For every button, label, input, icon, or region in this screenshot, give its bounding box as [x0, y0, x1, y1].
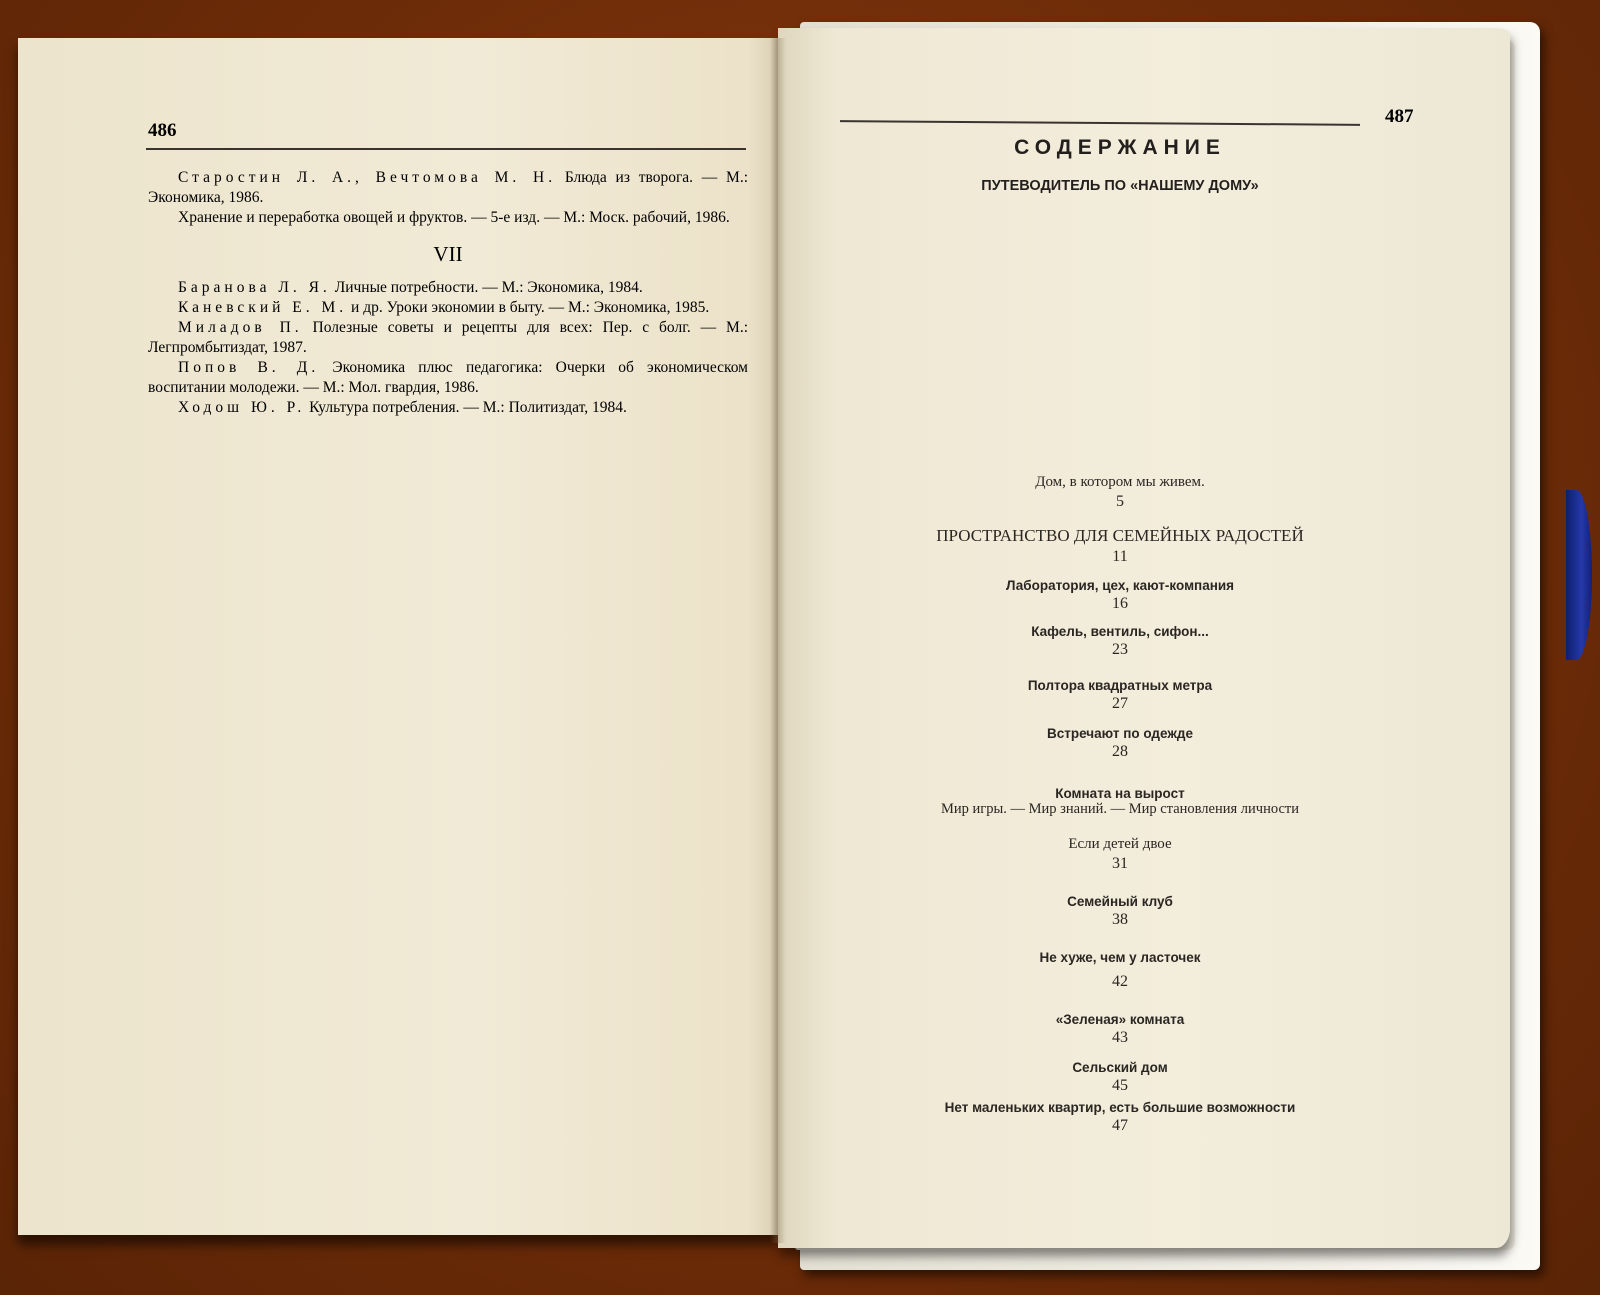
- toc-subtitle: ПУТЕВОДИТЕЛЬ ПО «НАШЕМУ ДОМУ»: [840, 178, 1400, 194]
- toc-entry: ПРОСТРАНСТВО ДЛЯ СЕМЕЙНЫХ РАДОСТЕЙ 11: [820, 526, 1420, 566]
- toc-page-number: 43: [820, 1029, 1420, 1047]
- toc-page-number: 31: [820, 855, 1420, 873]
- toc-page-number: 28: [820, 743, 1420, 761]
- toc-title: СОДЕРЖАНИЕ: [840, 136, 1400, 160]
- bib-entry: Старостин Л. А., Вечтомова М. Н. Блюда и…: [148, 168, 748, 208]
- toc-entry-subtitle: Мир игры. — Мир знаний. — Мир становлени…: [820, 801, 1420, 818]
- toc-entry: Не хуже, чем у ласточек 42: [820, 950, 1420, 991]
- toc-page-number: 5: [820, 493, 1420, 511]
- bib-entry: Баранова Л. Я. Личные потребности. — М.:…: [148, 278, 748, 298]
- book-gutter: [770, 38, 786, 1243]
- bib-entry: Миладов П. Полезные советы и рецепты для…: [148, 318, 748, 358]
- toc-entry: Комната на вырост Мир игры. — Мир знаний…: [820, 786, 1420, 818]
- toc-entry: Нет маленьких квартир, есть большие возм…: [820, 1100, 1420, 1135]
- bib-entry: Каневский Е. М. и др. Уроки экономии в б…: [148, 298, 748, 318]
- toc-page-number: 27: [820, 695, 1420, 713]
- bibliography: Старостин Л. А., Вечтомова М. Н. Блюда и…: [148, 168, 748, 418]
- toc-entry: «Зеленая» комната 43: [820, 1012, 1420, 1047]
- bib-entry: Хранение и переработка овощей и фруктов.…: [148, 208, 748, 228]
- left-page-number: 486: [148, 120, 177, 142]
- toc-page-number: 23: [820, 641, 1420, 659]
- toc-page-number: 11: [820, 548, 1420, 566]
- bib-entry: Ходош Ю. Р. Культура потребления. — М.: …: [148, 398, 748, 418]
- toc-entry: Семейный клуб 38: [820, 894, 1420, 929]
- toc-entry: Дом, в котором мы живем. 5: [820, 474, 1420, 511]
- toc-entry: Лаборатория, цех, кают-компания 16: [820, 578, 1420, 613]
- toc-page-number: 16: [820, 595, 1420, 613]
- toc-entry: Кафель, вентиль, сифон... 23: [820, 624, 1420, 659]
- toc-entry: Если детей двое 31: [820, 836, 1420, 873]
- toc-page-number: 45: [820, 1077, 1420, 1095]
- toc-entry: Встречают по одежде 28: [820, 726, 1420, 761]
- toc-entry: Полтора квадратных метра 27: [820, 678, 1420, 713]
- section-numeral: VII: [148, 244, 748, 264]
- toc-page-number: 38: [820, 911, 1420, 929]
- right-page-number: 487: [1385, 106, 1414, 128]
- toc-entry: Сельский дом 45: [820, 1060, 1420, 1095]
- toc-page-number: 42: [820, 973, 1420, 991]
- bib-entry: Попов В. Д. Экономика плюс педагогика: О…: [148, 358, 748, 398]
- left-header-rule: [146, 148, 746, 150]
- toc-page-number: 47: [820, 1117, 1420, 1135]
